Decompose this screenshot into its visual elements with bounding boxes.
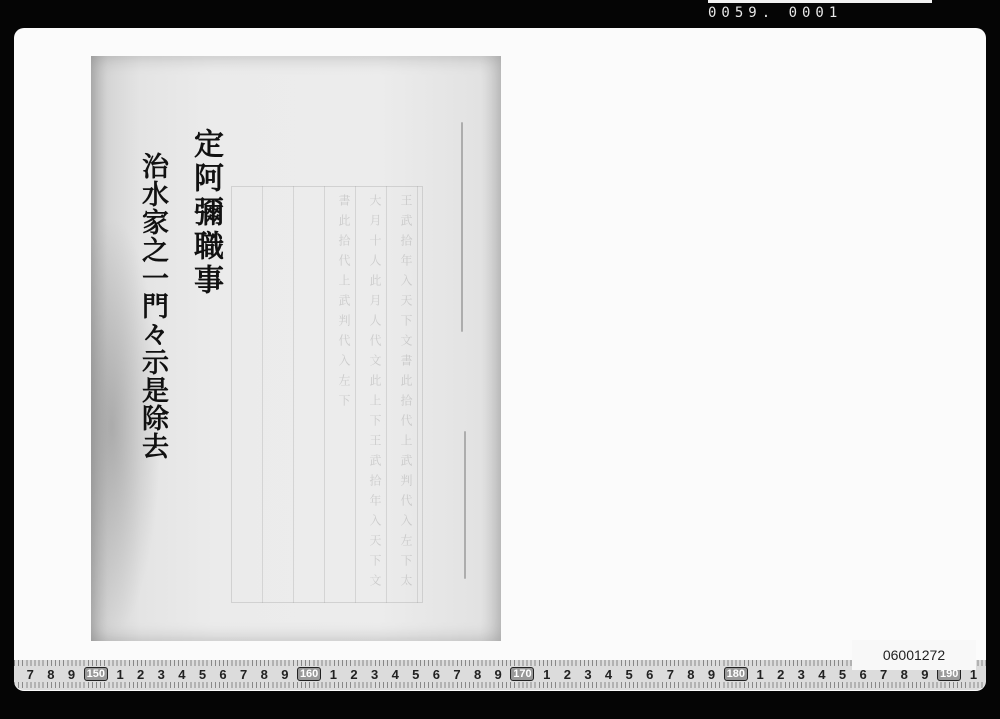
ruler-number: 2	[130, 667, 151, 682]
ruler-number: 4	[812, 667, 833, 682]
ruler-number: 7	[233, 667, 254, 682]
ruler-number: 9	[61, 667, 82, 682]
ruler-number: 4	[385, 667, 406, 682]
ruler-number: 8	[254, 667, 275, 682]
ruler-number: 160	[297, 667, 321, 681]
ruler-number: 9	[488, 667, 509, 682]
show-through-text: 王武拾年入天下文書此拾代上武判代入左下太大月十人此月人代文此上下王武拾年入天下文…	[236, 194, 421, 594]
ruler-number: 7	[660, 667, 681, 682]
ruler-number: 3	[791, 667, 812, 682]
ruler-number: 5	[192, 667, 213, 682]
ruler-number: 5	[619, 667, 640, 682]
film-strip-edge	[708, 0, 932, 3]
ruler-number: 2	[557, 667, 578, 682]
ruler-number: 9	[275, 667, 296, 682]
ruler-number: 2	[984, 667, 986, 682]
ruler-number: 170	[510, 667, 534, 681]
binding-thread-bottom	[464, 431, 466, 579]
ruler-number: 1	[323, 667, 344, 682]
ruler-ticks-bottom	[14, 682, 986, 688]
ruler-number: 7	[20, 667, 41, 682]
frame-number: 0059. 0001	[708, 5, 842, 21]
ruler-number: 6	[213, 667, 234, 682]
ruler-number: 8	[41, 667, 62, 682]
title-calligraphy: 定阿彌職事	[183, 128, 227, 388]
ruler-number: 3	[364, 667, 385, 682]
ruler-number: 3	[151, 667, 172, 682]
ruler-number: 9	[701, 667, 722, 682]
ruler-number: 7	[447, 667, 468, 682]
ruler-number: 1	[110, 667, 131, 682]
ruler-number: 8	[467, 667, 488, 682]
ruler-number: 5	[832, 667, 853, 682]
ruler-number: 150	[84, 667, 108, 681]
ruler-number: 6	[426, 667, 447, 682]
ruler-number: 6	[639, 667, 660, 682]
ruler-number: 1	[750, 667, 771, 682]
catalog-number: 06001272	[852, 647, 976, 663]
measurement-ruler: 7891501234567891601234567891701234567891…	[14, 660, 986, 690]
subtitle-calligraphy: 治水家之一門々示是除去	[133, 152, 172, 492]
ruler-number: 2	[344, 667, 365, 682]
catalog-label: 06001272	[852, 640, 976, 670]
ruler-number: 3	[578, 667, 599, 682]
ruler-number: 180	[724, 667, 748, 681]
ruler-number: 2	[770, 667, 791, 682]
ruler-number: 8	[681, 667, 702, 682]
binding-thread-top	[461, 122, 463, 332]
ruler-number: 4	[598, 667, 619, 682]
ruler-number: 4	[172, 667, 193, 682]
ruler-number: 5	[406, 667, 427, 682]
document-page: 王武拾年入天下文書此拾代上武判代入左下太大月十人此月人代文此上下王武拾年入天下文…	[91, 56, 501, 641]
ruler-numbers: 7891501234567891601234567891701234567891…	[20, 666, 986, 682]
ruler-number: 1	[536, 667, 557, 682]
